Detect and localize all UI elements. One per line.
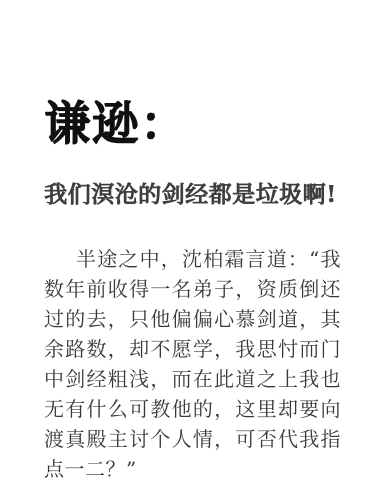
body-paragraph: 半途之中，沈柏霜言道：“我数年前收得一名弟子，资质倒还过的去，只他偏偏心慕剑道，… (44, 244, 341, 484)
page-subtitle: 我们溟沧的剑经都是垃圾啊! (44, 181, 341, 209)
article-page: 谦逊： 我们溟沧的剑经都是垃圾啊! 半途之中，沈柏霜言道：“我数年前收得一名弟子… (0, 0, 375, 500)
page-title: 谦逊： (44, 96, 341, 150)
